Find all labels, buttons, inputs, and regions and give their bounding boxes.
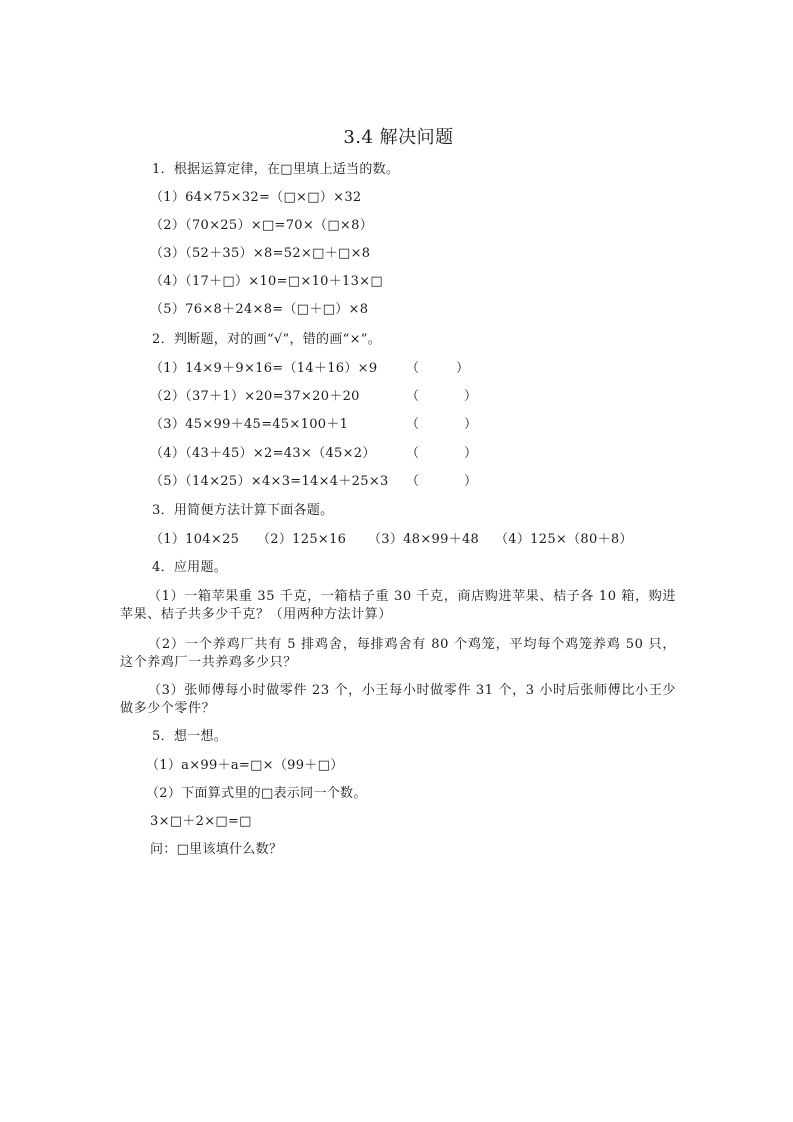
- answer-blank-open: （: [406, 388, 419, 406]
- word-problem: （2）一个养鸡厂共有 5 排鸡舍，每排鸡舍有 80 个鸡笼，平均每个鸡笼养鸡 5…: [120, 636, 676, 672]
- section-1-item: （1）64×75×32=（□×□）×32: [150, 189, 361, 207]
- answer-blank-open: （: [406, 360, 419, 378]
- section-1-item: （2）（70×25）×□=70×（□×8）: [150, 217, 373, 235]
- answer-blank-close: ）: [456, 360, 469, 378]
- calc-item: （1）104×25: [150, 531, 239, 549]
- think-item: （2）下面算式里的□表示同一个数。: [146, 785, 367, 803]
- answer-blank-close: ）: [464, 473, 477, 491]
- judgement-item: （5）（14×25）×4×3=14×4＋25×3: [150, 473, 389, 491]
- calc-item: （4）125×（80＋8）: [495, 531, 633, 549]
- word-problem: （1）一箱苹果重 35 千克，一箱桔子重 30 千克，商店购进苹果、桔子各 10…: [120, 588, 676, 624]
- answer-blank-open: （: [406, 445, 419, 463]
- section-2-heading: 2．判断题，对的画“√”，错的画“×”。: [152, 331, 381, 349]
- judgement-item: （2）（37＋1）×20=37×20＋20: [150, 388, 360, 406]
- question: 问：□里该填什么数？: [150, 841, 282, 859]
- worksheet-page: 3.4 解决问题 1．根据运算定律，在□里填上适当的数。 （1）64×75×32…: [0, 0, 793, 1122]
- judgement-item: （1）14×9＋9×16=（14＋16）×9: [150, 360, 377, 378]
- section-1-item: （4）（17＋□）×10=□×10＋13×□: [150, 273, 383, 291]
- answer-blank-close: ）: [464, 445, 477, 463]
- section-4-heading: 4．应用题。: [152, 559, 227, 577]
- answer-blank-open: （: [406, 416, 419, 434]
- section-3-heading: 3．用简便方法计算下面各题。: [152, 502, 333, 520]
- section-1-item: （3）（52＋35）×8=52×□＋□×8: [150, 245, 370, 263]
- calc-item: （2）125×16: [257, 531, 346, 549]
- judgement-item: （4）（43＋45）×2=43×（45×2）: [150, 445, 376, 463]
- answer-blank-close: ）: [464, 416, 477, 434]
- section-5-heading: 5．想一想。: [152, 728, 227, 746]
- page-title: 3.4 解决问题: [0, 127, 793, 149]
- judgement-item: （3）45×99＋45=45×100＋1: [150, 416, 348, 434]
- answer-blank-close: ）: [464, 388, 477, 406]
- section-1-item: （5）76×8＋24×8=（□＋□）×8: [150, 301, 368, 319]
- word-problem: （3）张师傅每小时做零件 23 个，小王每小时做零件 31 个，3 小时后张师傅…: [120, 682, 676, 718]
- answer-blank-open: （: [406, 473, 419, 491]
- equation: 3×□＋2×□=□: [150, 813, 252, 831]
- calc-item: （3）48×99＋48: [368, 531, 479, 549]
- think-item: （1）a×99＋a=□×（99＋□）: [146, 757, 344, 775]
- section-1-heading: 1．根据运算定律，在□里填上适当的数。: [152, 161, 399, 179]
